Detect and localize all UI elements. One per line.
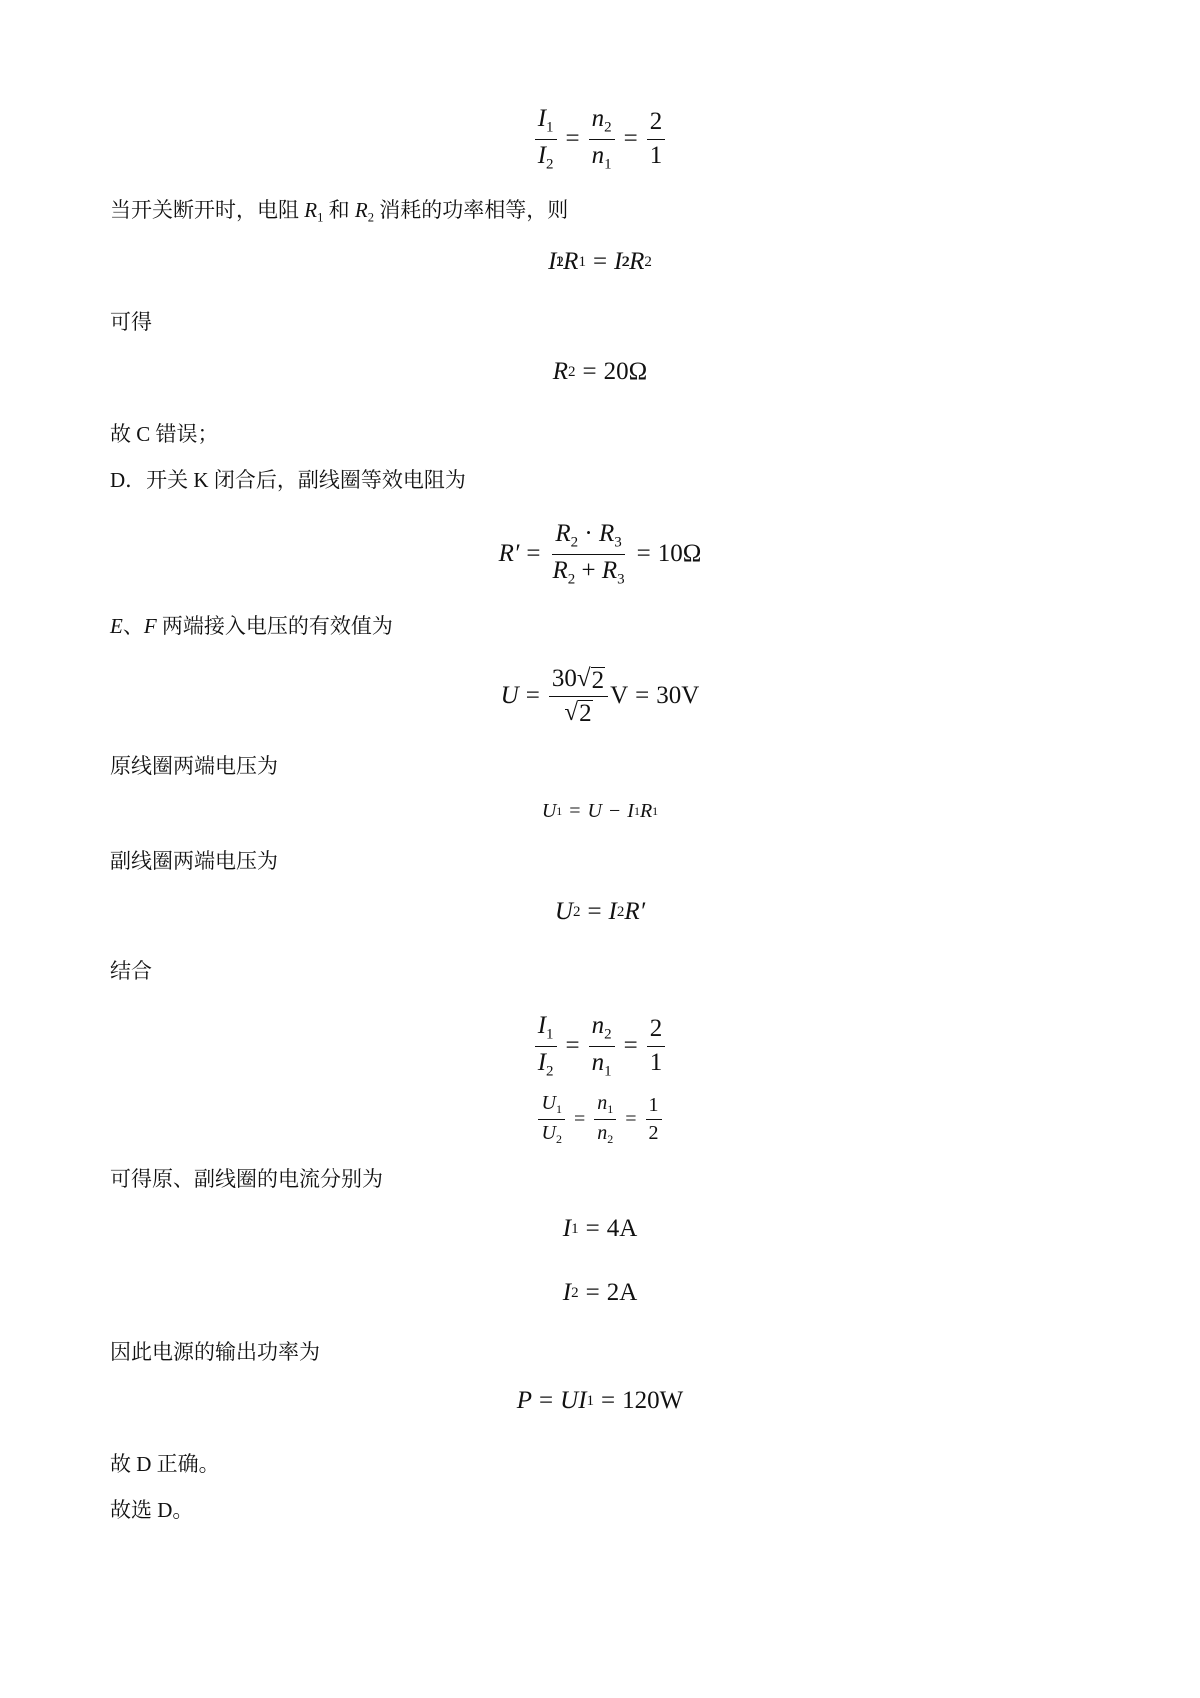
formula-i1-value: I1=4A [0, 1215, 1200, 1243]
formula-u1: U1=U−I1R1 [0, 800, 1200, 823]
paragraph-d-correct: 故 D 正确。 [110, 1450, 220, 1478]
paragraph-currents: 可得原、副线圈的电流分别为 [110, 1165, 383, 1193]
paragraph-secondary-voltage: 副线圈两端电压为 [110, 847, 278, 875]
paragraph-c-wrong: 故 C 错误； [110, 420, 219, 448]
formula-power-equal: I21R1 = I22R2 [0, 248, 1200, 276]
paragraph-option-d: D．开关 K 闭合后，副线圈等效电阻为 [110, 466, 466, 494]
formula-effective-voltage: U = 30√2 √2 V = 30V [0, 665, 1200, 728]
formula-equivalent-resistance: R′ = R2 · R3 R2 + R3 = 10Ω [0, 520, 1200, 588]
paragraph-switch-open: 当开关断开时，电阻 R1 和 R2 消耗的功率相等，则 [110, 196, 568, 231]
formula-r2-value: R2=20Ω [0, 358, 1200, 386]
paragraph-answer: 故选 D。 [110, 1496, 193, 1524]
paragraph-ef-voltage: E、F 两端接入电压的有效值为 [110, 612, 393, 640]
paragraph-combine: 结合 [110, 957, 152, 985]
formula-current-ratio: I1I2 = n2n1 = 21 [0, 105, 1200, 173]
paragraph-primary-voltage: 原线圈两端电压为 [110, 752, 278, 780]
formula-voltage-ratio: U1U2 = n1n2 = 12 [0, 1092, 1200, 1147]
formula-power-value: P=UI1=120W [0, 1387, 1200, 1415]
paragraph-output-power: 因此电源的输出功率为 [110, 1338, 320, 1366]
formula-i2-value: I2=2A [0, 1279, 1200, 1307]
formula-u2: U2=I2R′ [0, 898, 1200, 926]
formula-current-ratio-2: I1I2 = n2n1 = 21 [0, 1012, 1200, 1080]
paragraph-can-get-1: 可得 [110, 308, 152, 336]
